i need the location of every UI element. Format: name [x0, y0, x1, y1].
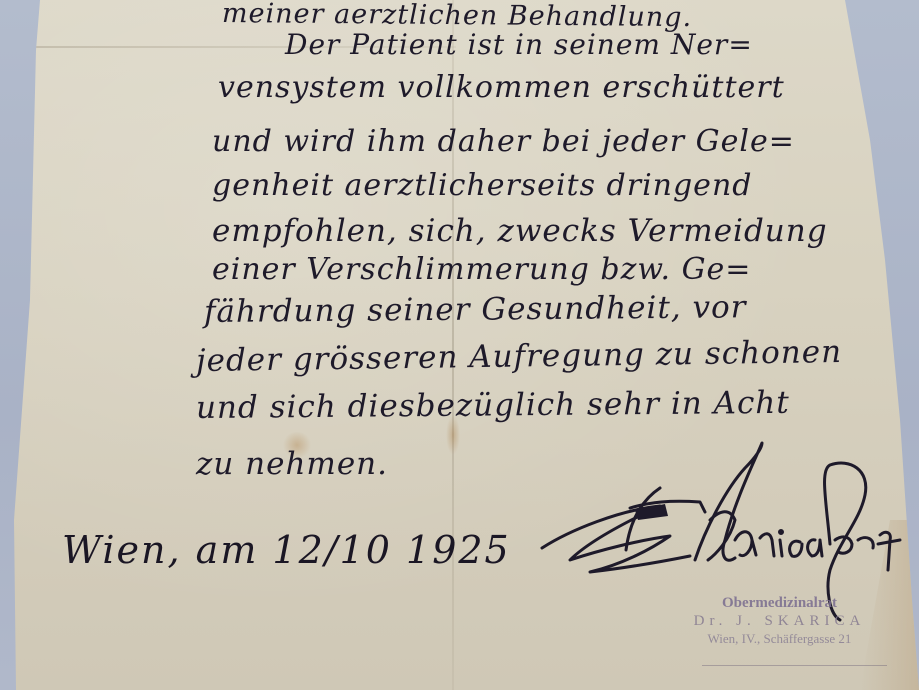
letter-paper: meiner aerztlichen Behandlung. Der Patie…: [0, 0, 919, 690]
text-line: jeder grösseren Aufregung zu schonen: [196, 334, 843, 379]
text-line: fährdung seiner Gesundheit, vor: [204, 289, 747, 330]
text-line: empfohlen, sich, zwecks Vermeidung: [212, 213, 828, 249]
stamp-address: Wien, IV., Schäffergasse 21: [672, 631, 887, 647]
text-line: Der Patient ist in seinem Ner=: [285, 28, 753, 61]
text-line: und wird ihm daher bei jeder Gele=: [212, 124, 795, 159]
text-line: einer Verschlimmerung bzw. Ge=: [212, 252, 751, 287]
text-line: und sich diesbezüglich sehr in Acht: [196, 385, 790, 426]
stamp-title: Obermedizinalrat: [672, 595, 887, 612]
text-line: zu nehmen.: [196, 446, 388, 482]
physician-stamp: Obermedizinalrat Dr. J. SKARICA Wien, IV…: [672, 595, 887, 675]
stamp-underline: [702, 665, 887, 666]
place-and-date: Wien, am 12/10 1925: [62, 528, 511, 572]
text-line: genheit aerztlicherseits dringend: [212, 168, 752, 203]
stamp-name: Dr. J. SKARICA: [672, 613, 887, 630]
text-line: vensystem vollkommen erschüttert: [218, 70, 785, 105]
